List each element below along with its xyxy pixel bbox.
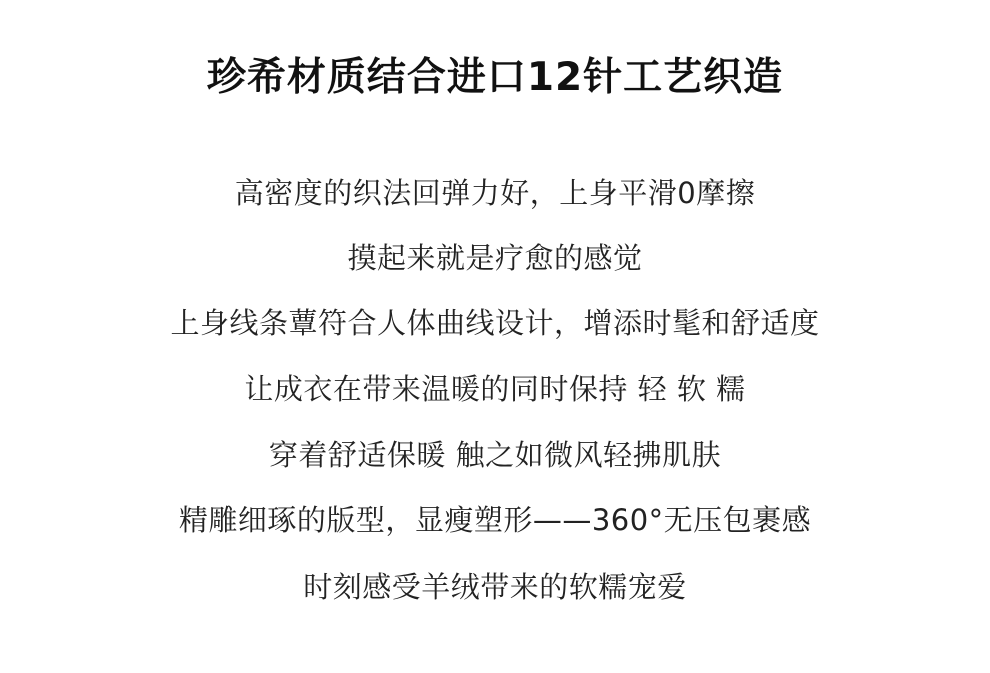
description-line: 让成衣在带来温暖的同时保持 轻 软 糯: [0, 367, 990, 411]
description-line: 时刻感受羊绒带来的软糯宠爱: [0, 565, 990, 609]
description-line: 上身线条蕈符合人体曲线设计，增添时髦和舒适度: [0, 301, 990, 345]
product-description-page: 珍希材质结合进口12针工艺织造 高密度的织法回弹力好，上身平滑0摩擦 摸起来就是…: [0, 0, 990, 673]
description-body: 高密度的织法回弹力好，上身平滑0摩擦 摸起来就是疗愈的感觉 上身线条蕈符合人体曲…: [0, 0, 990, 673]
description-line: 高密度的织法回弹力好，上身平滑0摩擦: [0, 171, 990, 215]
description-line: 摸起来就是疗愈的感觉: [0, 236, 990, 280]
description-line: 精雕细琢的版型，显瘦塑形——360°无压包裹感: [0, 498, 990, 542]
description-line: 穿着舒适保暖 触之如微风轻拂肌肤: [0, 433, 990, 477]
